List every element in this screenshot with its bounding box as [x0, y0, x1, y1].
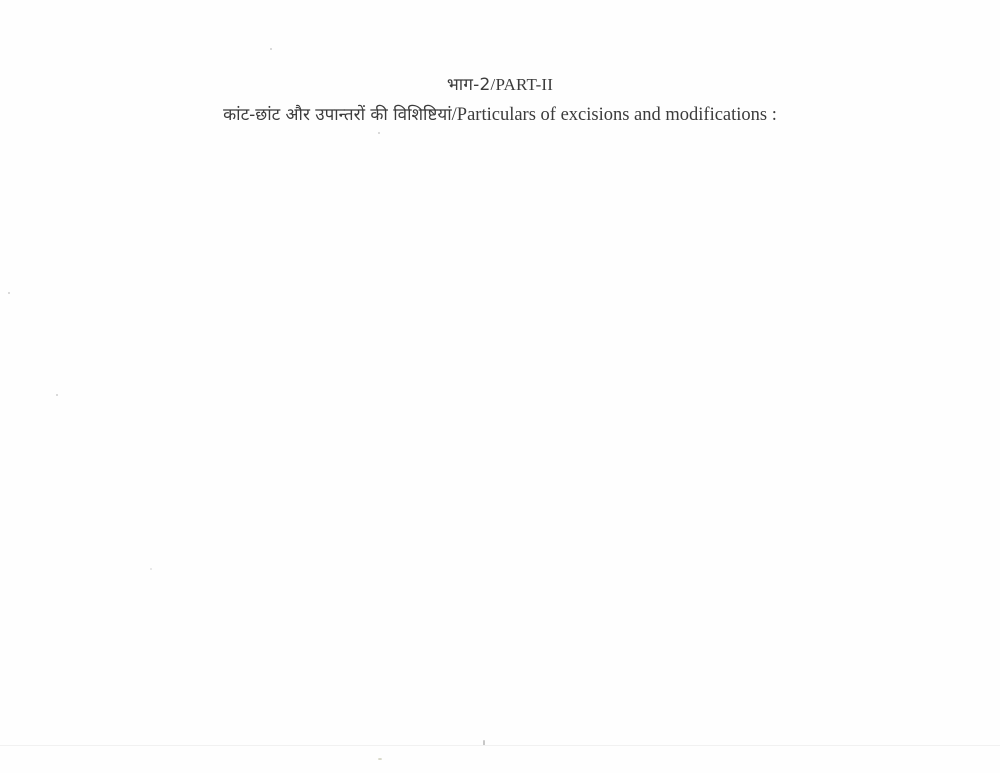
particulars-heading-english: Particulars of excisions and modificatio… — [457, 105, 777, 125]
scan-speck — [378, 132, 380, 134]
scanned-page: भाग-2/PART-II कांट-छांट और उपान्तरों की … — [0, 0, 1000, 773]
particulars-heading-hindi: कांट-छांट और उपान्तरों की विशिष्टियां — [223, 105, 452, 125]
page-bottom-edge — [0, 745, 1000, 746]
scan-speck — [378, 758, 382, 760]
part-heading: भाग-2/PART-II — [0, 72, 1000, 95]
part-heading-hindi: भाग-2 — [447, 75, 491, 95]
scan-speck — [8, 292, 10, 294]
part-heading-english: PART-II — [495, 75, 553, 94]
scan-speck — [56, 394, 58, 396]
scan-speck — [150, 568, 152, 570]
scan-speck — [270, 48, 272, 50]
particulars-heading: कांट-छांट और उपान्तरों की विशिष्टियां/Pa… — [0, 102, 1000, 126]
